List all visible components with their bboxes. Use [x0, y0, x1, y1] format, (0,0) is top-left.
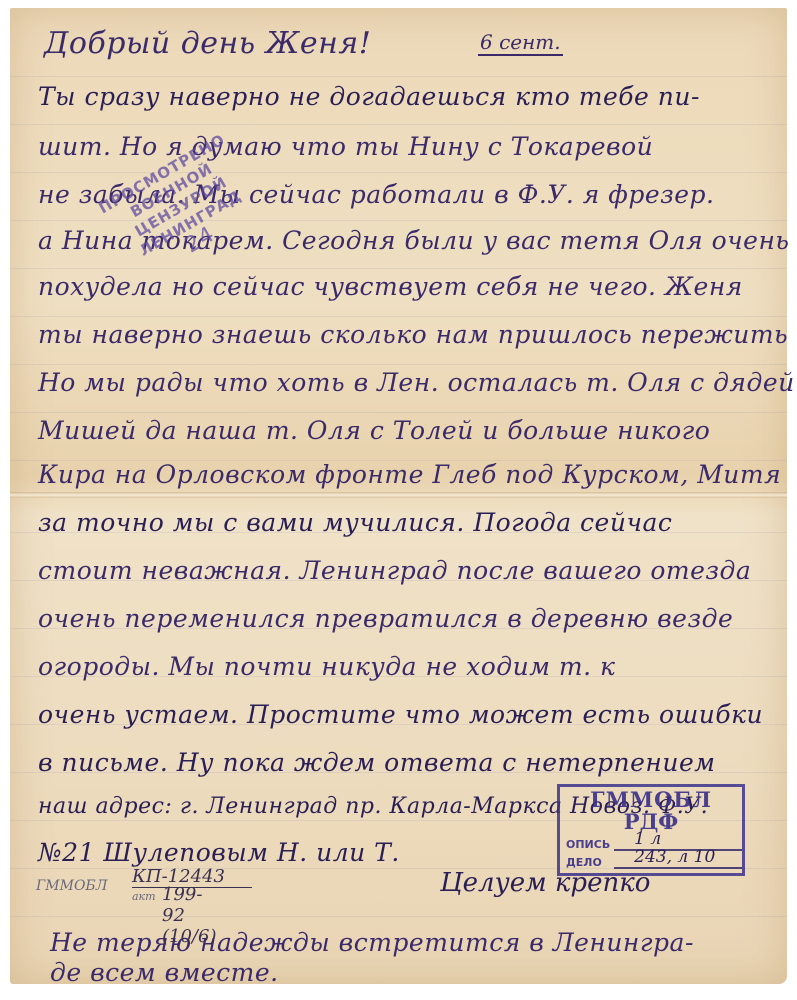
- archive-stamp: ГММОБЛ РДФ ОПИСЬ 1 л ДЕЛО 243, л 10: [557, 784, 745, 876]
- letter-line: за точно мы с вами мучилися. Погода сейч…: [38, 508, 672, 537]
- letter-greeting: Добрый день Женя!: [44, 26, 371, 61]
- ruled-line: [10, 916, 787, 917]
- letter-line: №21 Шулеповым Н. или Т.: [38, 838, 400, 867]
- letter-line: Мишей да наша т. Оля с Толей и больше ни…: [38, 416, 710, 445]
- postscript-line: Не теряю надежды встретится в Ленингра-: [50, 928, 694, 957]
- letter-line: огороды. Мы почти никуда не ходим т. к: [38, 652, 615, 681]
- ruled-line: [10, 172, 787, 173]
- letter-line: в письме. Ну пока ждем ответа с нетерпен…: [38, 748, 716, 777]
- letter-line: очень переменился превратился в деревню …: [38, 604, 733, 633]
- paper-fold: [10, 492, 787, 498]
- archive-stamp-file-row: ДЕЛО 243, л 10: [566, 851, 742, 869]
- letter-line: Кира на Орловском фронте Глеб под Курско…: [38, 460, 781, 489]
- inventory-label: ОПИСЬ: [566, 838, 614, 851]
- inventory-mark-act: 199-92 (10/6): [162, 884, 216, 947]
- ruled-line: [10, 76, 787, 77]
- inventory-mark-act-label: акт: [132, 890, 156, 903]
- letter-date: 6 сент.: [478, 30, 563, 56]
- letter-line: шит. Но я думаю что ты Нину с Токаревой: [38, 132, 653, 161]
- ruled-line: [10, 316, 787, 317]
- letter-line: стоит неважная. Ленинград после вашего о…: [38, 556, 751, 585]
- letter-line: Но мы рады что хоть в Лен. осталась т. О…: [38, 368, 795, 397]
- file-value: 243, л 10: [614, 847, 742, 869]
- letter-line: Ты сразу наверно не догадаешься кто тебе…: [38, 82, 700, 111]
- letter-line: очень устаем. Простите что может есть ош…: [38, 700, 763, 729]
- file-label: ДЕЛО: [566, 856, 614, 869]
- ruled-line: [10, 364, 787, 365]
- archive-stamp-org: ГММОБЛ: [560, 789, 742, 811]
- letter-line: ты наверно знаешь сколько нам пришлось п…: [38, 320, 788, 349]
- ruled-line: [10, 124, 787, 125]
- ruled-line: [10, 412, 787, 413]
- postscript-line: де всем вместе.: [50, 958, 279, 987]
- inventory-mark-org: ГММОБЛ: [36, 878, 107, 894]
